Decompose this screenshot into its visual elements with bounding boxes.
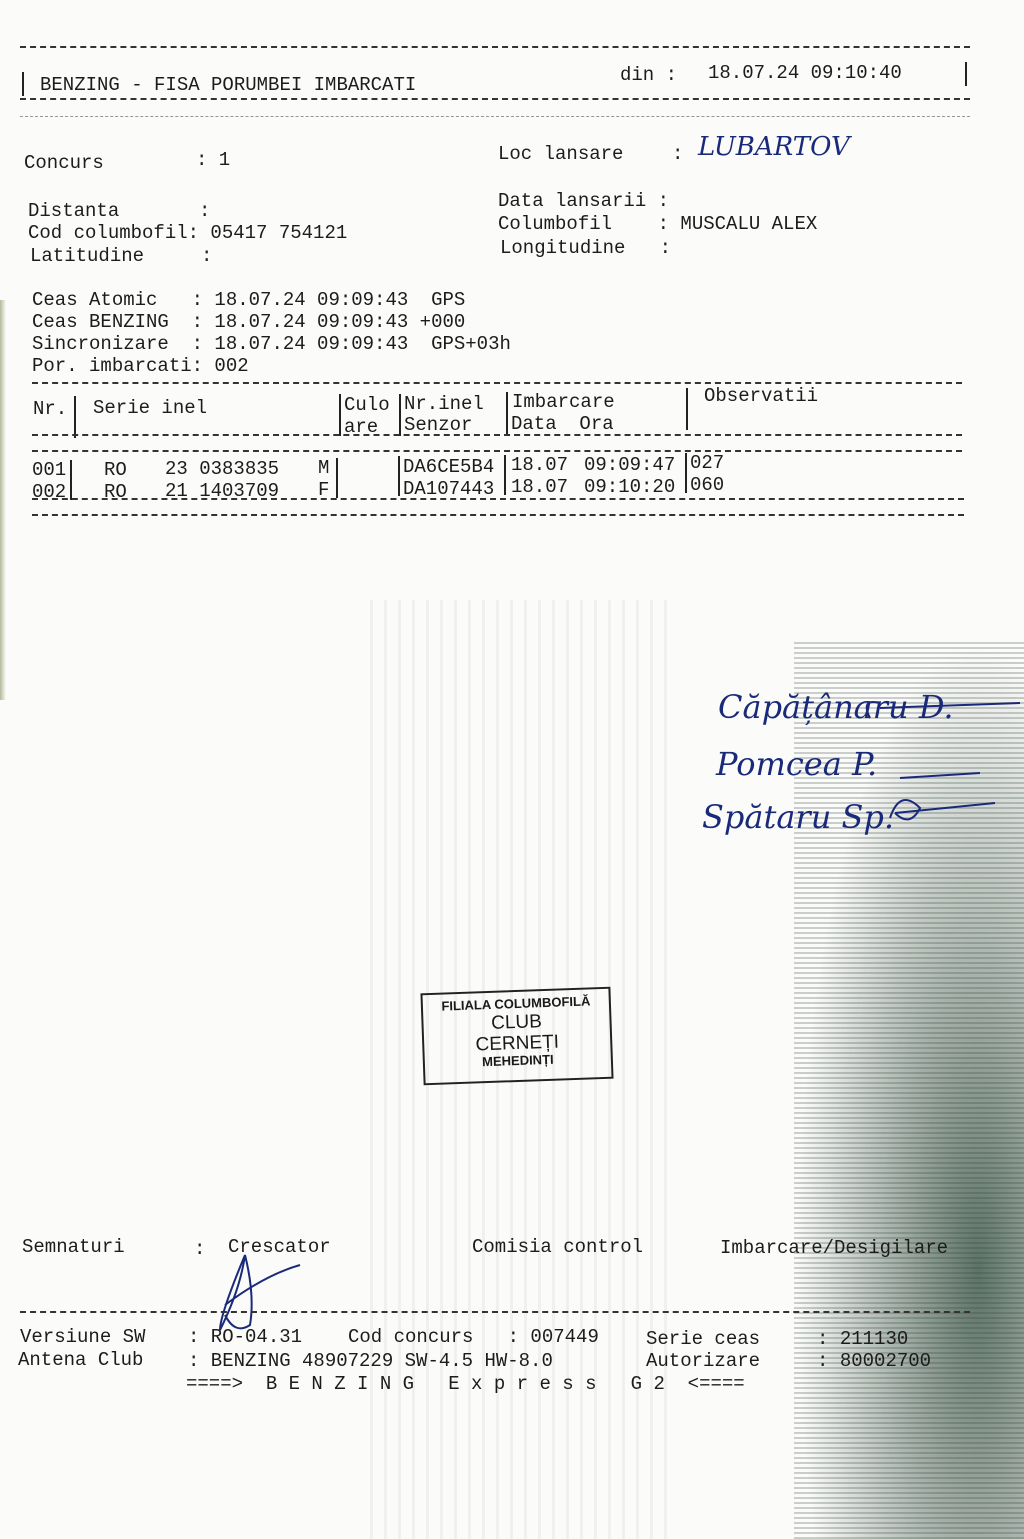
issued-datetime: 18.07.24 09:10:40 (708, 62, 902, 84)
cell-sensor: DA6CE5B4 (403, 456, 494, 478)
table-bottom-rule-2 (32, 514, 964, 516)
col-header-ring-series: Serie inel (93, 397, 207, 419)
col-divider (336, 458, 338, 498)
longitude-field: Longitudine : (500, 237, 671, 259)
signature-boarding-label: Imbarcare/Desigilare (720, 1237, 948, 1259)
club-antenna-value: : BENZING 48907229 SW-4.5 HW-8.0 (188, 1350, 553, 1372)
benzing-express-banner: ====> B E N Z I N G E x p r e s s G 2 <=… (186, 1373, 745, 1395)
cell-country: RO (104, 459, 127, 481)
col-header-boarding-1: Imbarcare (512, 391, 615, 413)
fancier-code-field: Cod columbofil: 05417 754121 (28, 222, 347, 244)
col-divider (74, 396, 76, 438)
signatures-label: Semnaturi (22, 1236, 125, 1258)
col-header-color-1: Culo (344, 394, 390, 416)
table-body-top-rule (32, 450, 962, 452)
sw-version-value: : RO-04.31 (188, 1326, 302, 1348)
table-bottom-rule-1 (32, 498, 964, 500)
cell-observation: 060 (690, 474, 724, 496)
sw-version-label: Versiune SW (20, 1326, 145, 1348)
col-divider (398, 456, 400, 496)
signatures-colon: : (194, 1238, 205, 1260)
release-date-field: Data lansarii : (498, 190, 669, 212)
release-site-handwritten: LUBARTOV (698, 132, 850, 162)
header-left-bar (22, 72, 24, 96)
cell-time: 09:10:20 (584, 476, 675, 498)
issued-label: din : (620, 64, 677, 86)
cell-date: 18.07 (511, 454, 568, 476)
release-site-label: Loc lansare (498, 143, 623, 165)
cell-date: 18.07 (511, 476, 568, 498)
fancier-name-field: Columbofil : MUSCALU ALEX (498, 213, 817, 235)
concurs-label: Concurs (24, 152, 104, 174)
atomic-clock-field: Ceas Atomic : 18.07.24 09:09:43 GPS (32, 289, 465, 311)
cell-sensor: DA107443 (403, 478, 494, 500)
col-header-observations: Observatii (704, 385, 818, 407)
cell-sex: M (318, 457, 329, 479)
club-stamp: FILIALA COLUMBOFILĂ CLUB CERNEȚI MEHEDIN… (420, 987, 613, 1086)
col-divider (70, 460, 72, 500)
cell-time: 09:09:47 (584, 454, 675, 476)
signature-commission-label: Comisia control (472, 1236, 643, 1258)
col-divider (504, 455, 506, 495)
page-edge-shadow (0, 300, 6, 700)
col-header-sensor-2: Senzor (404, 414, 472, 436)
cell-nr: 001 (32, 459, 66, 481)
release-site-colon: : (672, 143, 683, 165)
col-divider (686, 388, 688, 430)
col-divider (506, 392, 508, 434)
cell-ring: 23 0383835 (165, 458, 279, 480)
contest-code-field: Cod concurs : 007449 (348, 1326, 599, 1348)
col-header-nr: Nr. (33, 398, 67, 420)
table-top-rule (32, 382, 962, 384)
initials-signature-icon (850, 688, 1020, 838)
clock-serial-field: Serie ceas : 211130 (646, 1328, 908, 1350)
pigeons-boarded-field: Por. imbarcati: 002 (32, 355, 249, 377)
col-header-boarding-2: Data Ora (511, 413, 614, 435)
footer-rule (20, 1311, 970, 1313)
club-antenna-label: Antena Club (18, 1349, 143, 1371)
concurs-value: : 1 (196, 149, 230, 171)
benzing-clock-field: Ceas BENZING : 18.07.24 09:09:43 +000 (32, 311, 465, 333)
col-divider (685, 453, 687, 493)
col-divider (399, 394, 401, 436)
cell-observation: 027 (690, 452, 724, 474)
col-divider (339, 394, 341, 436)
header-top-rule (20, 46, 970, 48)
distance-field: Distanta : (28, 200, 210, 222)
latitude-field: Latitudine : (30, 245, 212, 267)
sync-field: Sincronizare : 18.07.24 09:09:43 GPS+03h (32, 333, 511, 355)
header-bottom-rule (20, 98, 970, 100)
header-rule-2 (20, 116, 970, 117)
table-header-rule (32, 434, 962, 436)
document-title: BENZING - FISA PORUMBEI IMBARCATI (40, 74, 416, 96)
header-right-bar (965, 62, 967, 86)
col-header-sensor-1: Nr.inel (404, 393, 484, 415)
authorization-field: Autorizare : 80002700 (646, 1350, 931, 1372)
